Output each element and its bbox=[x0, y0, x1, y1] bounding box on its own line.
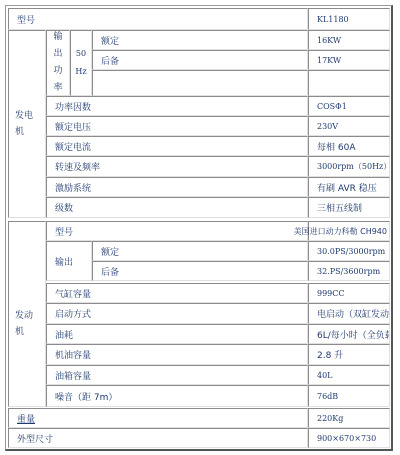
gen-standby-label-text: 后备 bbox=[101, 54, 119, 67]
gen-row-value: 三相五线制 bbox=[308, 197, 390, 218]
gen-rated-label-text: 额定 bbox=[101, 34, 119, 47]
dimensions-value-text: 900×670×730 bbox=[317, 434, 376, 443]
output-char-4: 率 bbox=[53, 80, 62, 96]
engine-row-label-text: 油箱容量 bbox=[55, 369, 91, 382]
engine-row-label: 气缸容量 bbox=[46, 283, 308, 303]
engine-row-value: 电启动（双缸发动机） bbox=[308, 303, 390, 324]
dimensions-label-text: 外型尺寸 bbox=[17, 432, 53, 445]
engine-output-label: 输出 bbox=[46, 241, 92, 281]
frequency-label: 50 Hz bbox=[70, 30, 92, 96]
dimensions-value: 900×670×730 bbox=[308, 428, 390, 448]
gen-rated-value-text: 16KW bbox=[317, 36, 341, 45]
weight-label-text: 重量 bbox=[17, 412, 35, 425]
gen-blank-value bbox=[308, 70, 390, 96]
gen-row-value: 3000rpm（50Hz） bbox=[308, 156, 390, 177]
engine-row-label: 启动方式 bbox=[46, 303, 308, 324]
engine-row-value: 76dB bbox=[308, 385, 390, 407]
gen-row-value-text: 有刷 AVR 稳压 bbox=[317, 181, 377, 194]
gen-row-label-text: 额定电压 bbox=[55, 120, 91, 133]
engine-row-value-text: 6L/每小时（全负载） bbox=[317, 328, 390, 341]
generator-label-line1: 发电 bbox=[15, 111, 33, 121]
engine-row-label: 油箱容量 bbox=[46, 365, 308, 385]
engine-standby-value-text: 32.PS/3600rpm bbox=[317, 267, 380, 276]
engine-rated-label-text: 额定 bbox=[101, 245, 119, 258]
weight-label: 重量 bbox=[8, 408, 308, 428]
engine-group-label: 发动机 bbox=[8, 221, 46, 407]
engine-rated-value: 30.0PS/3000rpm bbox=[308, 241, 390, 261]
engine-row-value: 6L/每小时（全负载） bbox=[308, 324, 390, 344]
engine-row-label-text: 噪音（距 7m） bbox=[55, 390, 117, 403]
gen-row-label-text: 激励系统 bbox=[55, 181, 91, 194]
engine-label-line2: 机 bbox=[15, 327, 24, 337]
generator-group-label: 发电机 bbox=[8, 30, 46, 218]
model-value-text: KL1180 bbox=[317, 15, 349, 24]
gen-row-value-text: 230V bbox=[317, 122, 338, 131]
engine-row-label-text: 气缸容量 bbox=[55, 287, 91, 300]
engine-output-label-text: 输出 bbox=[55, 255, 73, 268]
gen-row-value-text: 3000rpm（50Hz） bbox=[317, 161, 390, 172]
output-char-2: 出 bbox=[53, 46, 62, 63]
gen-row-value: 每相 60A bbox=[308, 136, 390, 156]
gen-row-value: 230V bbox=[308, 116, 390, 136]
gen-blank-label bbox=[92, 70, 308, 96]
gen-row-label: 级数 bbox=[46, 197, 308, 218]
dimensions-label: 外型尺寸 bbox=[8, 428, 308, 448]
engine-row-label: 油耗 bbox=[46, 324, 308, 344]
gen-row-value-text: COSΦ1 bbox=[317, 102, 347, 111]
gen-standby-value-text: 17KW bbox=[317, 56, 341, 65]
model-label-text: 型号 bbox=[17, 13, 35, 26]
gen-rated-value: 16KW bbox=[308, 30, 390, 50]
gen-row-label-text: 功率因数 bbox=[55, 100, 91, 113]
engine-row-value: 999CC bbox=[308, 283, 390, 303]
model-label: 型号 bbox=[8, 8, 308, 30]
engine-row-value-text: 40L bbox=[317, 371, 333, 380]
engine-model-value: 美国进口动力科勒 CH940 bbox=[308, 221, 390, 241]
gen-row-label-text: 额定电流 bbox=[55, 140, 91, 153]
gen-standby-label: 后备 bbox=[92, 50, 308, 70]
engine-row-value: 2.8 升 bbox=[308, 344, 390, 365]
output-char-1: 输 bbox=[53, 30, 62, 46]
engine-standby-value: 32.PS/3600rpm bbox=[308, 261, 390, 281]
gen-standby-value: 17KW bbox=[308, 50, 390, 70]
gen-row-value: 有刷 AVR 稳压 bbox=[308, 177, 390, 197]
generator-label-line2: 机 bbox=[15, 127, 24, 137]
engine-row-value-text: 2.8 升 bbox=[317, 348, 343, 361]
engine-model-label: 型号 bbox=[46, 221, 308, 241]
engine-rated-label: 额定 bbox=[92, 241, 308, 261]
engine-row-value: 40L bbox=[308, 365, 390, 385]
gen-row-label-text: 级数 bbox=[55, 201, 73, 214]
engine-model-label-text: 型号 bbox=[55, 225, 73, 238]
weight-value: 220Kg bbox=[308, 408, 390, 428]
gen-row-label-text: 转速及频率 bbox=[55, 160, 100, 173]
output-char-3: 功 bbox=[53, 63, 62, 80]
engine-row-label-text: 机油容量 bbox=[55, 348, 91, 361]
gen-row-value: COSΦ1 bbox=[308, 96, 390, 116]
gen-row-label: 额定电流 bbox=[46, 136, 308, 156]
engine-row-label: 机油容量 bbox=[46, 344, 308, 365]
gen-row-label: 激励系统 bbox=[46, 177, 308, 197]
model-value: KL1180 bbox=[308, 8, 390, 30]
engine-row-value-text: 76dB bbox=[317, 392, 338, 401]
engine-row-label: 噪音（距 7m） bbox=[46, 385, 308, 407]
gen-row-value-text: 三相五线制 bbox=[317, 201, 362, 214]
engine-row-value-text: 999CC bbox=[317, 289, 345, 298]
weight-value-text: 220Kg bbox=[317, 414, 343, 423]
freq-unit: Hz bbox=[75, 63, 86, 81]
gen-rated-label: 额定 bbox=[92, 30, 308, 50]
engine-row-label-text: 油耗 bbox=[55, 328, 73, 341]
engine-row-label-text: 启动方式 bbox=[55, 307, 91, 320]
gen-row-value-text: 每相 60A bbox=[317, 140, 355, 153]
engine-rated-value-text: 30.0PS/3000rpm bbox=[317, 247, 385, 256]
engine-standby-label-text: 后备 bbox=[101, 265, 119, 278]
engine-row-value-text: 电启动（双缸发动机） bbox=[317, 307, 390, 320]
output-power-label: 输 出 功 率 bbox=[46, 30, 70, 96]
engine-model-value-text: 美国进口动力科勒 CH940 bbox=[294, 226, 387, 237]
engine-standby-label: 后备 bbox=[92, 261, 308, 281]
gen-row-label: 转速及频率 bbox=[46, 156, 308, 177]
engine-label-line1: 发动 bbox=[15, 311, 33, 321]
gen-row-label: 额定电压 bbox=[46, 116, 308, 136]
freq-value: 50 bbox=[76, 45, 86, 63]
gen-row-label: 功率因数 bbox=[46, 96, 308, 116]
